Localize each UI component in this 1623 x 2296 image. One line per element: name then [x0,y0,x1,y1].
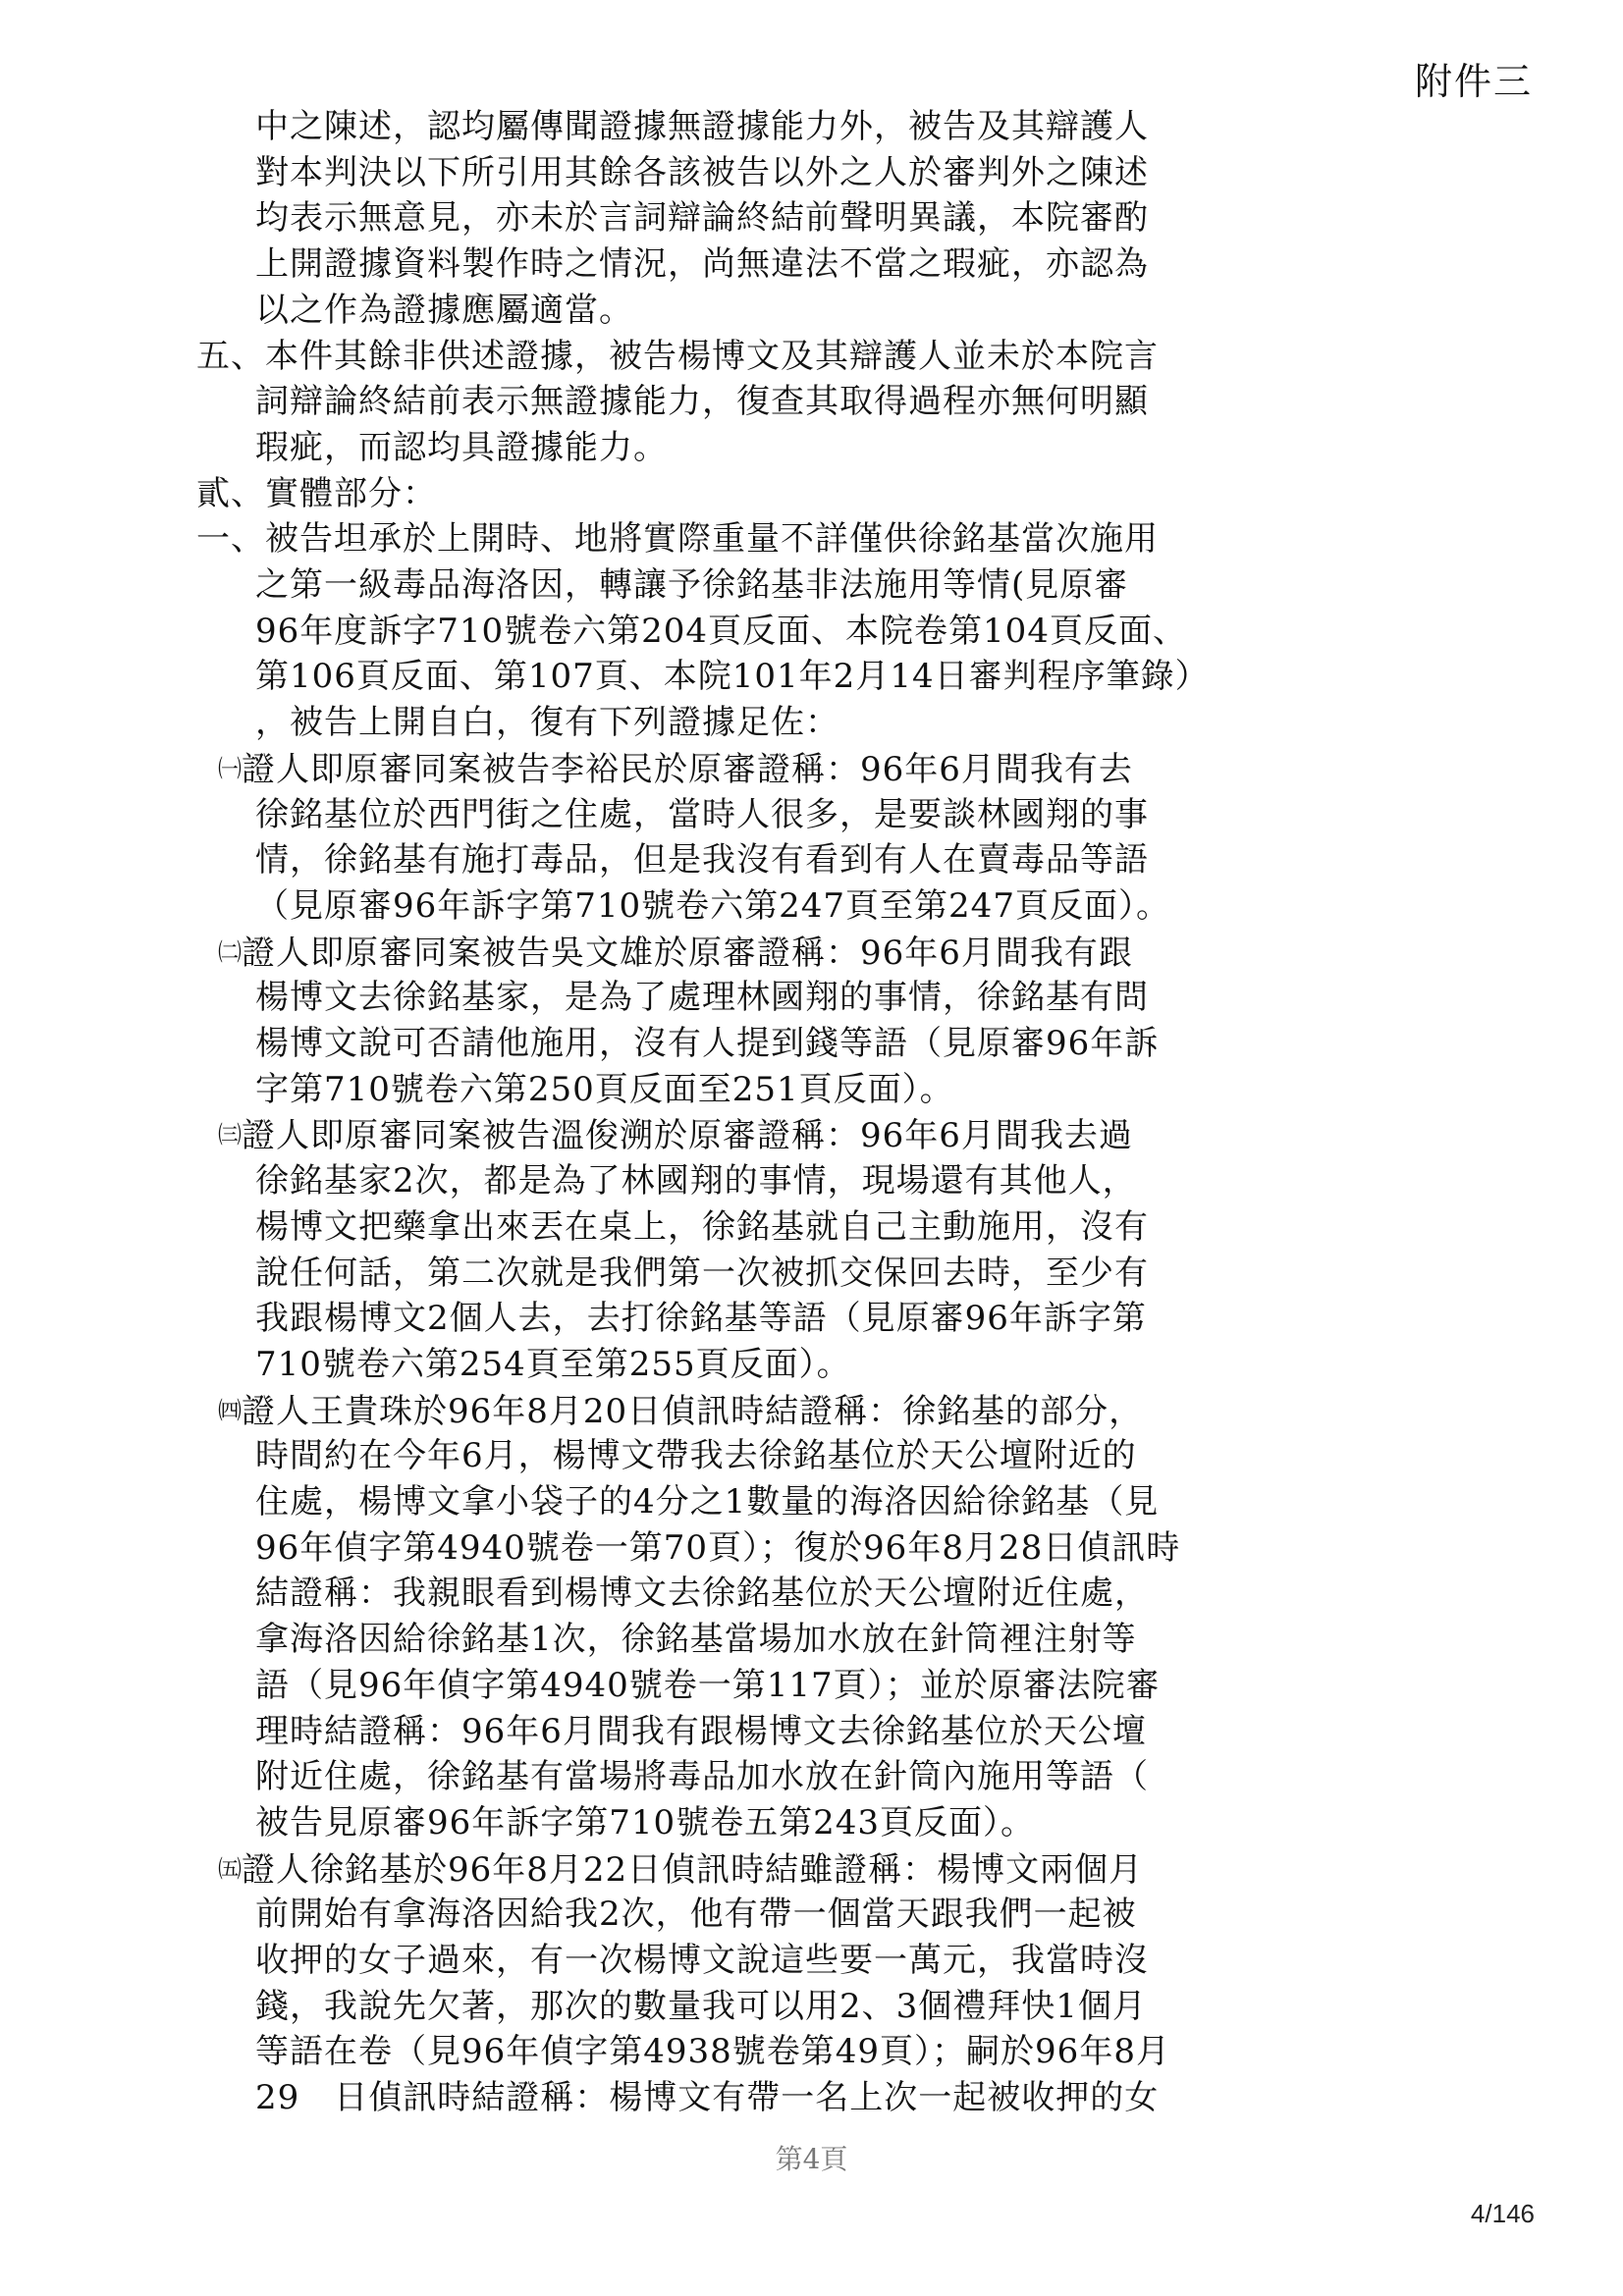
line-text: 之第一級毒品海洛因，轉讓予徐銘基非法施用等情(見原審 [255,565,1128,605]
attachment-label: 附件三 [1415,51,1533,105]
line-text: 上開證據資料製作時之情況，尚無違法不當之瑕疵，亦認為 [255,244,1149,284]
line-text: 證人即原審同案被告溫俊溯於原審證稱：96年6月間我去過 [242,1116,1133,1155]
line-text: 對本判決以下所引用其餘各該被告以外之人於審判外之陳述 [255,153,1149,192]
line-text: 楊博文去徐銘基家，是為了處理林國翔的事情，徐銘基有問 [255,978,1149,1017]
line-text: 楊博文把藥拿出來丟在桌上，徐銘基就自己主動施用，沒有 [255,1207,1149,1247]
list-marker: ㈤ [218,1846,242,1892]
page-count: 4/146 [1471,2199,1535,2229]
text-line: 結證稱：我親眼看到楊博文去徐銘基位於天公壇附近住處， [255,1571,1149,1616]
text-line: 710號卷六第254頁至第255頁反面）。 [255,1342,851,1387]
text-line: 上開證據資料製作時之情況，尚無違法不當之瑕疵，亦認為 [255,241,1149,287]
text-line: 中之陳述，認均屬傳聞證據無證據能力外，被告及其辯護人 [255,104,1149,149]
line-text: 瑕疵，而認均具證據能力。 [255,428,668,467]
text-line: 之第一級毒品海洛因，轉讓予徐銘基非法施用等情(見原審 [255,562,1128,608]
line-text: 一、被告坦承於上開時、地將實際重量不詳僅供徐銘基當次施用 [196,519,1159,559]
line-text: 詞辯論終結前表示無證據能力，復查其取得過程亦無何明顯 [255,382,1149,421]
text-line: 對本判決以下所引用其餘各該被告以外之人於審判外之陳述 [255,150,1149,195]
text-line: 拿海洛因給徐銘基1次，徐銘基當場加水放在針筒裡注射等 [255,1617,1137,1662]
line-text: 收押的女子過來，有一次楊博文說這些要一萬元，我當時沒 [255,1941,1149,1980]
line-text: 住處，楊博文拿小袋子的4分之1數量的海洛因給徐銘基（見 [255,1482,1159,1522]
text-line: 瑕疵，而認均具證據能力。 [255,425,668,470]
text-line: 被告見原審96年訴字第710號卷五第243頁反面）。 [255,1800,1035,1845]
text-line: 情，徐銘基有施打毒品，但是我沒有看到有人在賣毒品等語 [255,837,1149,882]
text-line: 徐銘基家2次，都是為了林國翔的事情，現場還有其他人， [255,1158,1137,1203]
line-text: 均表示無意見，亦未於言詞辯論終結前聲明異議，本院審酌 [255,198,1149,238]
line-text: 96年度訴字710號卷六第204頁反面、本院卷第104頁反面、 [255,612,1187,651]
line-text: 理時結證稱：96年6月間我有跟楊博文去徐銘基位於天公壇 [255,1712,1147,1751]
text-line: 五、本件其餘非供述證據，被告楊博文及其辯護人並未於本院言 [196,334,1159,379]
text-line: 附近住處，徐銘基有當場將毒品加水放在針筒內施用等語（ [255,1754,1149,1799]
list-item-line: ㈢證人即原審同案被告溫俊溯於原審證稱：96年6月間我去過 [218,1112,1133,1158]
text-line: 29 日偵訊時結證稱：楊博文有帶一名上次一起被收押的女 [255,2075,1159,2120]
text-line: ，被告上開自白，復有下列證據足佐： [255,700,839,745]
line-text: 以之作為證據應屬適當。 [255,291,633,330]
line-text: 96年偵字第4940號卷一第70頁）；復於96年8月28日偵訊時 [255,1528,1180,1568]
text-line: 字第710號卷六第250頁反面至251頁反面）。 [255,1067,954,1112]
text-line: 詞辯論終結前表示無證據能力，復查其取得過程亦無何明顯 [255,379,1149,424]
text-line: 說任何話，第二次就是我們第一次被抓交保回去時，至少有 [255,1251,1149,1296]
text-line: 收押的女子過來，有一次楊博文說這些要一萬元，我當時沒 [255,1938,1149,1983]
text-line: 一、被告坦承於上開時、地將實際重量不詳僅供徐銘基當次施用 [196,516,1159,561]
text-line: 以之作為證據應屬適當。 [255,288,633,333]
text-line: 住處，楊博文拿小袋子的4分之1數量的海洛因給徐銘基（見 [255,1479,1159,1524]
line-text: 楊博文說可否請他施用，沒有人提到錢等語（見原審96年訴 [255,1024,1159,1063]
text-line: 錢，我說先欠著，那次的數量我可以用2、3個禮拜快1個月 [255,1984,1147,2029]
line-text: 前開始有拿海洛因給我2次，他有帶一個當天跟我們一起被 [255,1895,1137,1934]
list-item-line: ㈣證人王貴珠於96年8月20日偵訊時結證稱：徐銘基的部分， [218,1388,1143,1434]
line-text: 附近住處，徐銘基有當場將毒品加水放在針筒內施用等語（ [255,1757,1149,1796]
line-text: 說任何話，第二次就是我們第一次被抓交保回去時，至少有 [255,1254,1149,1293]
list-marker: ㈢ [218,1112,242,1157]
line-text: ，被告上開自白，復有下列證據足佐： [255,703,839,742]
line-text: 29 日偵訊時結證稱：楊博文有帶一名上次一起被收押的女 [255,2078,1159,2117]
list-marker: ㈠ [218,746,242,791]
line-text: 中之陳述，認均屬傳聞證據無證據能力外，被告及其辯護人 [255,107,1149,146]
list-marker: ㈣ [218,1388,242,1433]
text-line: 楊博文把藥拿出來丟在桌上，徐銘基就自己主動施用，沒有 [255,1204,1149,1250]
text-line: 96年度訴字710號卷六第204頁反面、本院卷第104頁反面、 [255,609,1187,654]
text-line: 語（見96年偵字第4940號卷一第117頁）；並於原審法院審 [255,1663,1161,1708]
line-text: 證人即原審同案被告吳文雄於原審證稱：96年6月間我有跟 [242,934,1133,973]
text-line: 理時結證稱：96年6月間我有跟楊博文去徐銘基位於天公壇 [255,1709,1147,1754]
line-text: 拿海洛因給徐銘基1次，徐銘基當場加水放在針筒裡注射等 [255,1620,1137,1659]
line-text: 結證稱：我親眼看到楊博文去徐銘基位於天公壇附近住處， [255,1574,1149,1613]
line-text: 第106頁反面、第107頁、本院101年2月14日審判程序筆錄） [255,657,1210,696]
text-line: （見原審96年訴字第710號卷六第247頁至第247頁反面）。 [255,883,1170,929]
line-text: （見原審96年訴字第710號卷六第247頁至第247頁反面）。 [255,886,1170,926]
line-text: 證人徐銘基於96年8月22日偵訊時結雖證稱：楊博文兩個月 [242,1850,1143,1890]
text-line: 均表示無意見，亦未於言詞辯論終結前聲明異議，本院審酌 [255,195,1149,240]
text-line: 貳、實體部分： [196,471,437,516]
list-item-line: ㈤證人徐銘基於96年8月22日偵訊時結雖證稱：楊博文兩個月 [218,1846,1143,1893]
line-text: 錢，我說先欠著，那次的數量我可以用2、3個禮拜快1個月 [255,1987,1147,2026]
line-text: 徐銘基家2次，都是為了林國翔的事情，現場還有其他人， [255,1161,1137,1201]
line-text: 等語在卷（見96年偵字第4938號卷第49頁）；嗣於96年8月 [255,2032,1170,2071]
line-text: 語（見96年偵字第4940號卷一第117頁）；並於原審法院審 [255,1666,1161,1705]
line-text: 證人王貴珠於96年8月20日偵訊時結證稱：徐銘基的部分， [242,1392,1143,1431]
line-text: 徐銘基位於西門街之住處，當時人很多，是要談林國翔的事 [255,795,1149,834]
text-line: 我跟楊博文2個人去，去打徐銘基等語（見原審96年訴字第 [255,1296,1147,1341]
line-text: 時間約在今年6月，楊博文帶我去徐銘基位於天公壇附近的 [255,1436,1137,1475]
text-line: 等語在卷（見96年偵字第4938號卷第49頁）；嗣於96年8月 [255,2029,1170,2074]
text-line: 第106頁反面、第107頁、本院101年2月14日審判程序筆錄） [255,654,1210,699]
text-line: 時間約在今年6月，楊博文帶我去徐銘基位於天公壇附近的 [255,1433,1137,1478]
line-text: 貳、實體部分： [196,474,437,513]
line-text: 證人即原審同案被告李裕民於原審證稱：96年6月間我有去 [242,750,1133,789]
list-marker: ㈡ [218,930,242,975]
list-item-line: ㈠證人即原審同案被告李裕民於原審證稱：96年6月間我有去 [218,746,1133,792]
line-text: 被告見原審96年訴字第710號卷五第243頁反面）。 [255,1803,1035,1842]
text-line: 96年偵字第4940號卷一第70頁）；復於96年8月28日偵訊時 [255,1525,1180,1571]
text-line: 徐銘基位於西門街之住處，當時人很多，是要談林國翔的事 [255,792,1149,837]
line-text: 字第710號卷六第250頁反面至251頁反面）。 [255,1070,954,1109]
text-line: 楊博文說可否請他施用，沒有人提到錢等語（見原審96年訴 [255,1021,1159,1066]
list-item-line: ㈡證人即原審同案被告吳文雄於原審證稱：96年6月間我有跟 [218,930,1133,976]
line-text: 我跟楊博文2個人去，去打徐銘基等語（見原審96年訴字第 [255,1299,1147,1338]
line-text: 情，徐銘基有施打毒品，但是我沒有看到有人在賣毒品等語 [255,840,1149,880]
page-number-footer: 第4頁 [0,2138,1623,2177]
text-line: 楊博文去徐銘基家，是為了處理林國翔的事情，徐銘基有問 [255,975,1149,1020]
line-text: 710號卷六第254頁至第255頁反面）。 [255,1345,851,1384]
text-line: 前開始有拿海洛因給我2次，他有帶一個當天跟我們一起被 [255,1892,1137,1937]
line-text: 五、本件其餘非供述證據，被告楊博文及其辯護人並未於本院言 [196,337,1159,376]
